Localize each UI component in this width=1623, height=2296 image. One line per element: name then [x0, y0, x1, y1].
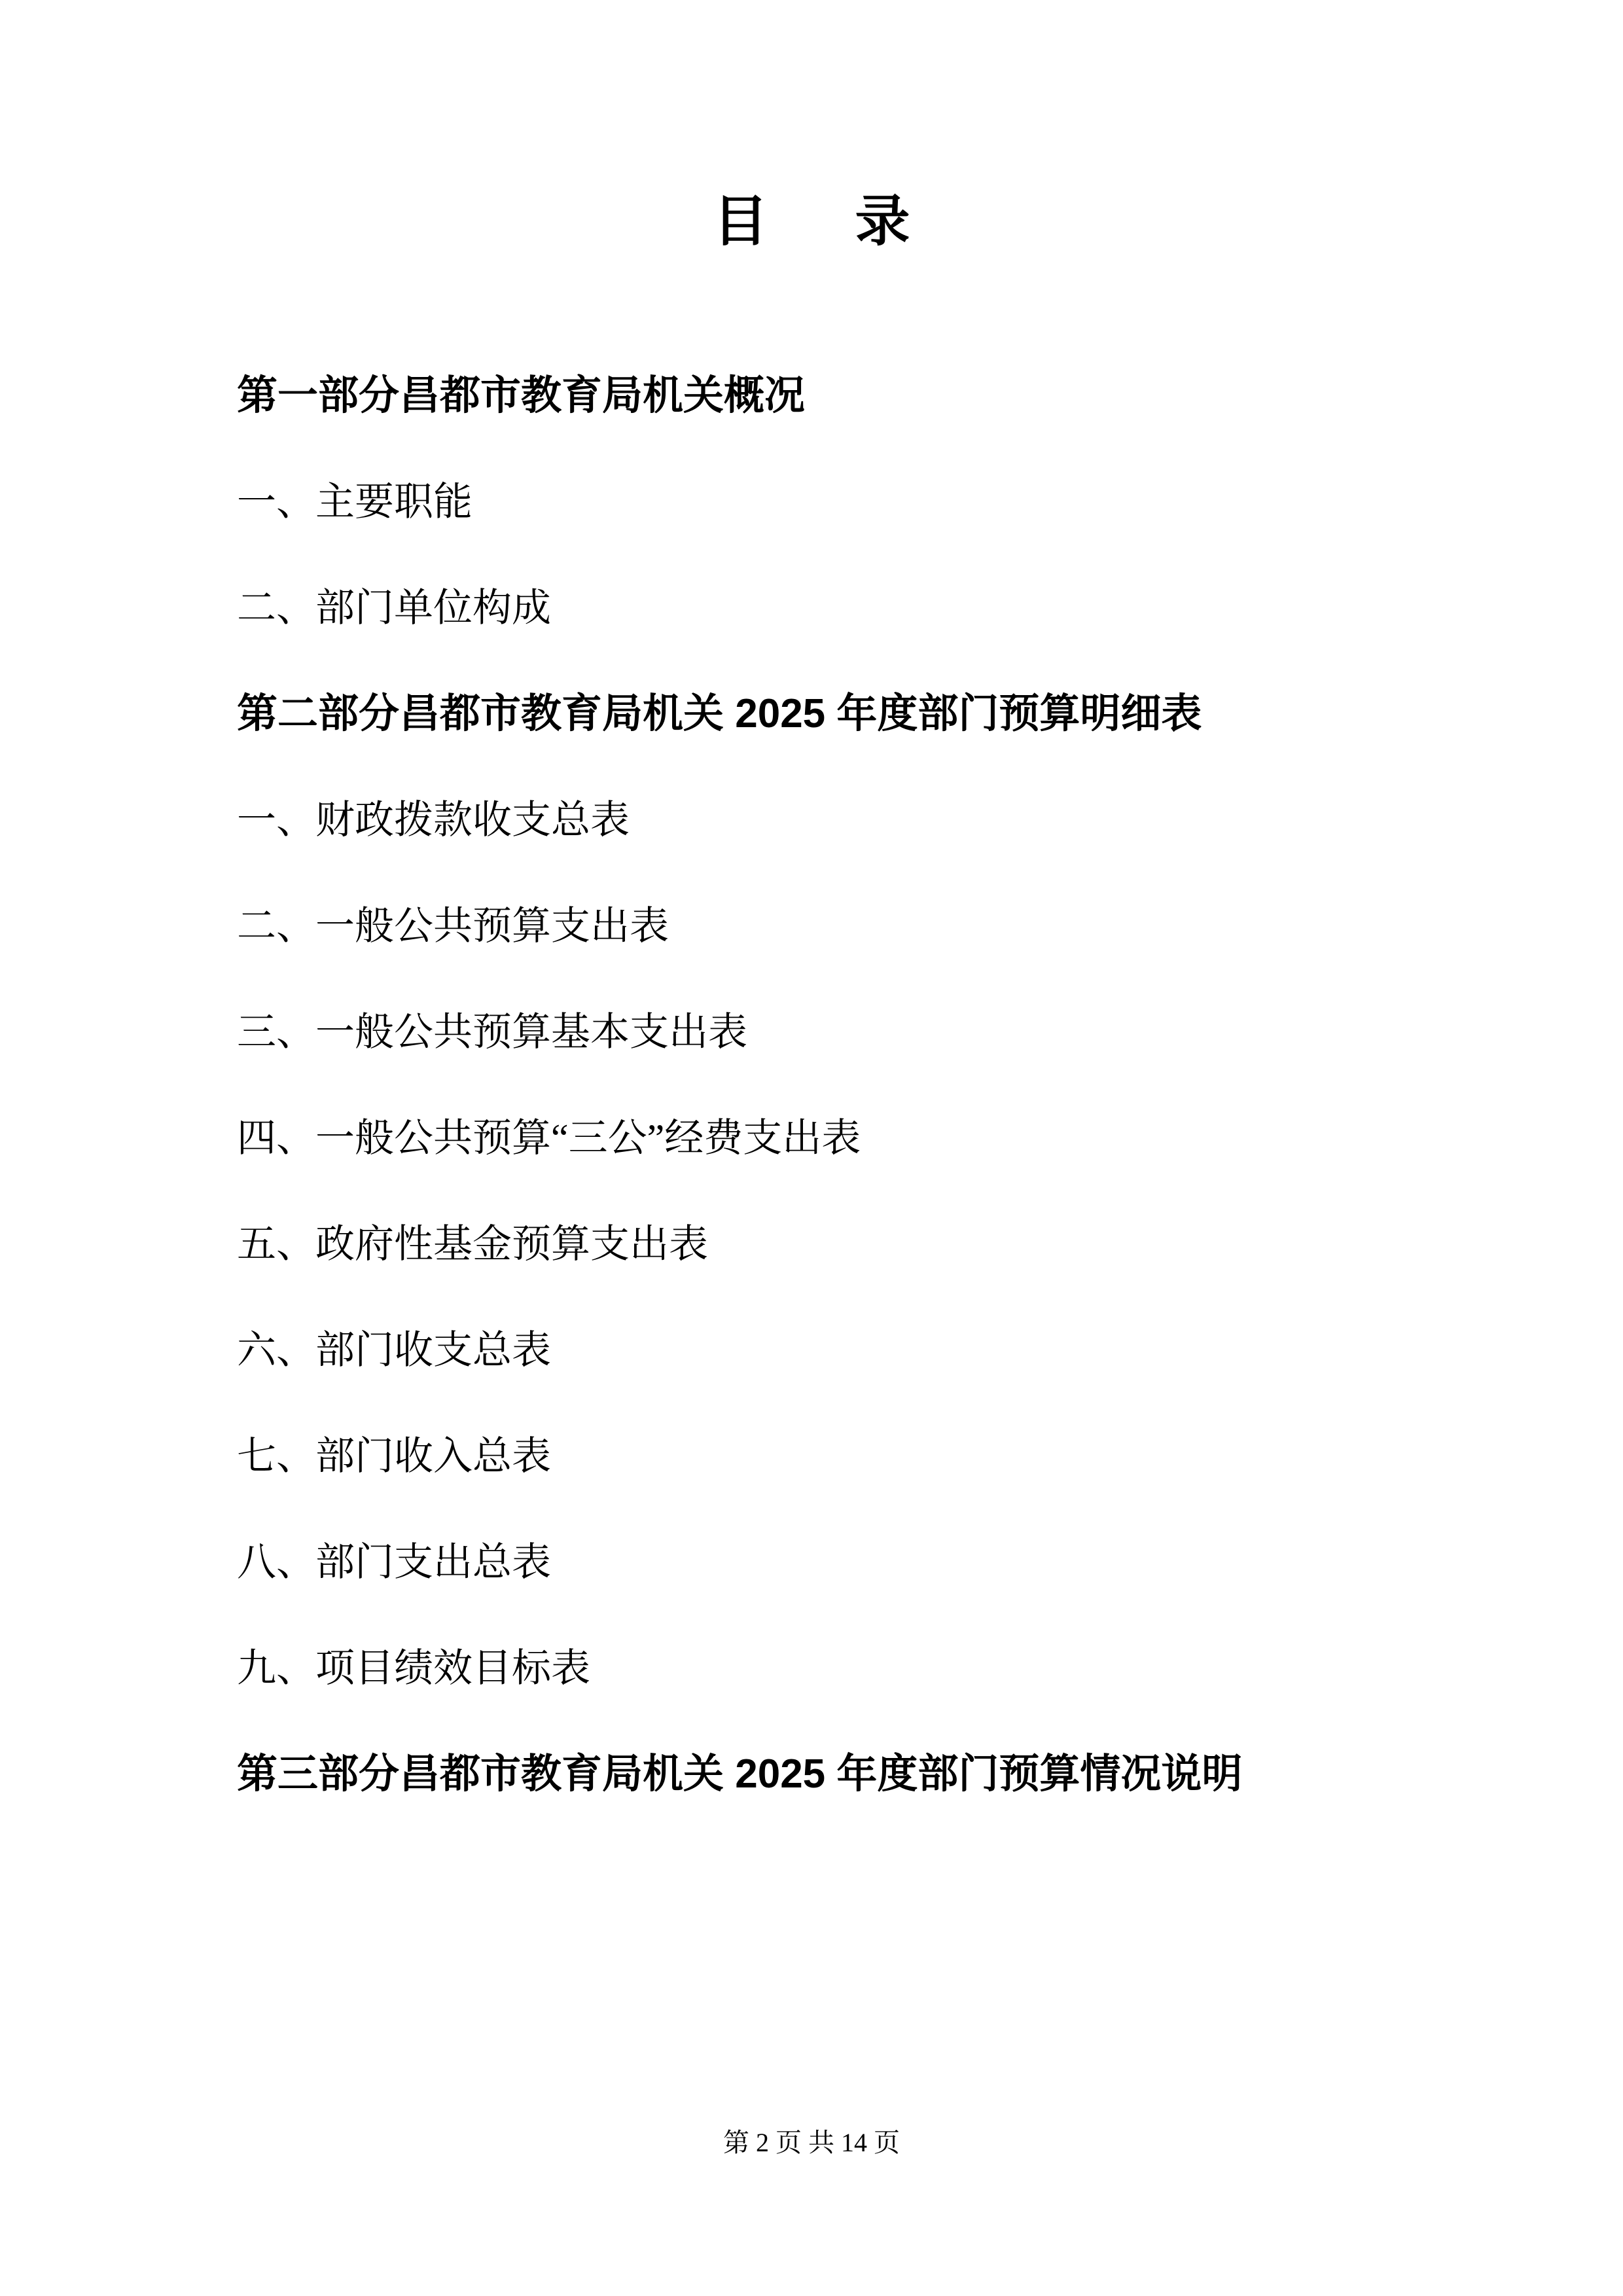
- toc-heading-part2: 第二部分昌都市教育局机关 2025 年度部门预算明细表: [237, 692, 1389, 736]
- page-number: 第 2 页 共 14 页: [0, 2127, 1623, 2159]
- toc-item-2-6: 六、部门收支总表: [237, 1329, 1389, 1372]
- toc-item-2-7: 七、部门收入总表: [237, 1435, 1389, 1478]
- toc-item-2-4: 四、一般公共预算“三公”经费支出表: [237, 1117, 1389, 1160]
- toc-item-2-9: 九、项目绩效目标表: [237, 1647, 1389, 1690]
- page-title: 目 录: [0, 194, 1623, 251]
- document-page: 目 录 第一部分昌都市教育局机关概况 一、主要职能 二、部门单位构成 第二部分昌…: [0, 0, 1623, 2296]
- toc-item-1-2: 二、部门单位构成: [237, 586, 1389, 630]
- toc-item-2-2: 二、一般公共预算支出表: [237, 905, 1389, 948]
- toc-item-2-8: 八、部门支出总表: [237, 1541, 1389, 1584]
- toc-item-2-5: 五、政府性基金预算支出表: [237, 1223, 1389, 1266]
- toc-item-2-3: 三、一般公共预算基本支出表: [237, 1011, 1389, 1054]
- table-of-contents: 第一部分昌都市教育局机关概况 一、主要职能 二、部门单位构成 第二部分昌都市教育…: [237, 374, 1389, 1796]
- toc-item-2-1: 一、财政拨款收支总表: [237, 798, 1389, 842]
- toc-heading-part3: 第三部分昌都市教育局机关 2025 年度部门预算情况说明: [237, 1753, 1389, 1796]
- toc-heading-part1: 第一部分昌都市教育局机关概况: [237, 374, 1389, 418]
- toc-item-1-1: 一、主要职能: [237, 480, 1389, 524]
